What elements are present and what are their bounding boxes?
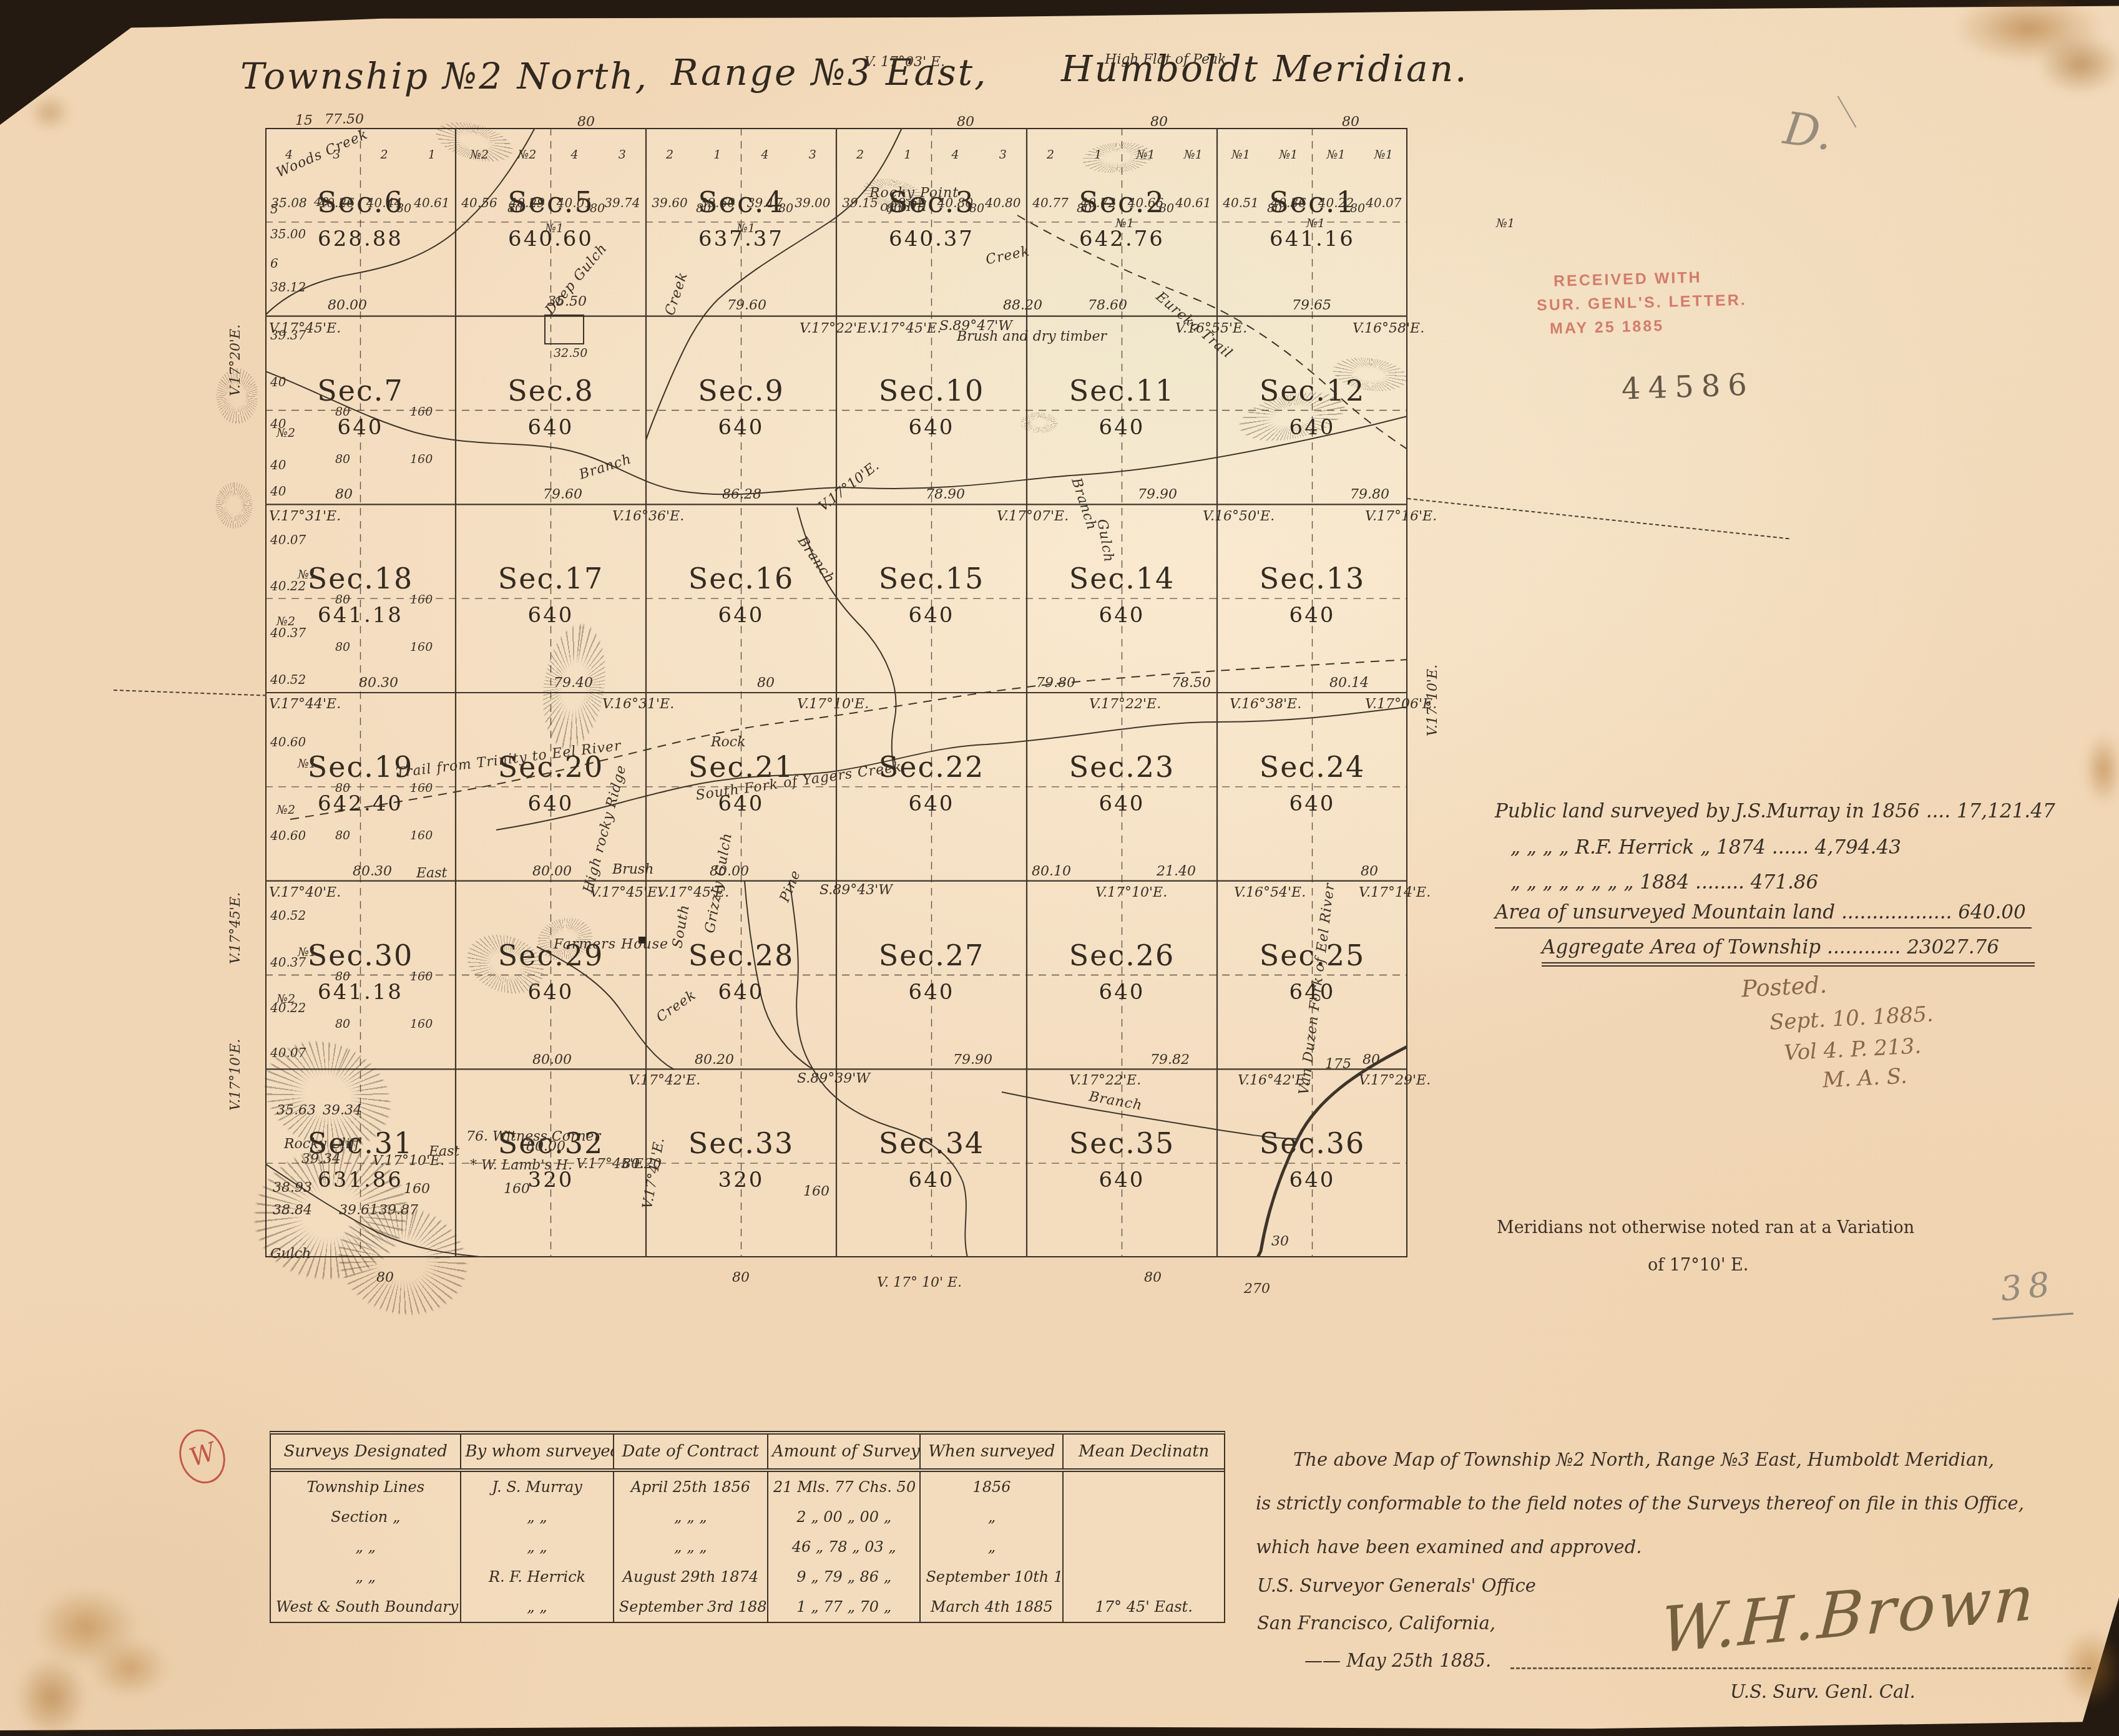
section-area: 640 — [1099, 980, 1145, 1005]
line-label: V.17°16'E. — [1365, 509, 1437, 524]
edge-label: 80 — [1150, 114, 1168, 130]
line-label: Brush and dry timber — [957, 329, 1107, 344]
section-cell-Sec.22: Sec.22640 — [836, 693, 1027, 881]
section-area: 640 — [909, 980, 955, 1005]
table-cell: Township Lines — [271, 1472, 461, 1502]
plat-map-sheet: Township №2 North, Range №3 East, Humbol… — [0, 0, 2119, 1736]
signature-title: U.S. Surv. Genl. Cal. — [1730, 1681, 1916, 1702]
quarter-number: 80 — [1350, 202, 1365, 215]
table-cell: J. S. Murray — [461, 1472, 614, 1502]
table-cell: 9 „ 79 „ 86 „ — [768, 1562, 921, 1592]
quarter-number: №1 — [298, 757, 316, 771]
line-label: V.17°44'E. — [269, 696, 341, 712]
certification-line4: U.S. Surveyor Generals' Office — [1257, 1575, 1536, 1596]
section-area: 640 — [528, 415, 574, 440]
acreage-number: 40.07 — [1360, 195, 1407, 210]
line-label: V.17°10'E. — [1095, 885, 1167, 900]
section-label: Sec.35 — [1069, 1126, 1175, 1160]
note-surveyed-1874: „ „ „ „ R.F. Herrick „ 1874 ...... 4,794… — [1510, 836, 1901, 859]
table-cell — [1064, 1472, 1224, 1502]
section-area: 642.40 — [318, 791, 403, 816]
quarter-number: 80 — [335, 640, 350, 654]
section-label: Sec.7 — [317, 374, 403, 407]
hachure-mountain — [1014, 409, 1064, 437]
lot-number: №1 — [1360, 148, 1407, 162]
backing-top-left-corner — [0, 0, 169, 125]
hachure-mountain — [209, 359, 265, 434]
section-area: 640 — [1099, 415, 1145, 440]
section-area: 640 — [1099, 1168, 1145, 1192]
acreage-number: 39.60 — [646, 195, 693, 210]
table-cell: „ „ — [461, 1532, 614, 1562]
line-label: V.17°06'E. — [1365, 696, 1437, 712]
line-label: V.17°42'E. — [629, 1073, 700, 1088]
line-label: East — [429, 1144, 459, 1159]
table-row: Township LinesJ. S. MurrayApril 25th 185… — [271, 1472, 1224, 1502]
quarter-number: 80 — [335, 452, 350, 466]
map-labels-layer: Sec.6628.88Sec.5640.60Sec.4637.37Sec.364… — [265, 128, 1407, 1257]
certification-line3: which have been examined and approved. — [1256, 1536, 1642, 1558]
pencil-check-mark — [1838, 95, 1857, 127]
trail-extension-west — [114, 690, 267, 696]
table-header-cell: Mean Declinatn — [1064, 1435, 1224, 1468]
section-area: 640 — [909, 415, 955, 440]
table-cell: April 25th 1856 — [614, 1472, 768, 1502]
section-label: Sec.24 — [1260, 750, 1366, 784]
section-cell-Sec.28: Sec.28640 — [646, 881, 836, 1070]
acreage-number: 39.00 — [789, 195, 836, 210]
stain-right-edge — [2085, 733, 2119, 805]
table-cell: 46 „ 78 „ 03 „ — [768, 1532, 921, 1562]
signature-line — [1510, 1667, 2091, 1669]
line-label: 79.82 — [1150, 1052, 1190, 1068]
received-stamp-line3: MAY 25 1885 — [1537, 312, 1748, 341]
table-cell: March 4th 1885 — [921, 1592, 1064, 1622]
left-edge-number: 40.07 — [270, 532, 306, 547]
section-cell-Sec.13: Sec.13640 — [1217, 504, 1407, 693]
line-label: V.17°22'E. — [800, 321, 871, 336]
line-label: 80 — [1363, 1052, 1380, 1068]
edge-label: High Flat of Peak — [1105, 52, 1226, 67]
quarter-number: 160 — [410, 405, 433, 419]
stain-bottom-left-3 — [16, 1657, 87, 1736]
lot-number: 4 — [741, 148, 789, 162]
table-cell: „ „ — [271, 1532, 461, 1562]
table-cell: „ — [921, 1502, 1064, 1532]
section-cell-Sec.33: Sec.33320 — [646, 1069, 836, 1257]
table-cell: „ — [921, 1532, 1064, 1562]
line-label: V.17°14'E. — [1359, 885, 1431, 900]
section-label: Sec.9 — [698, 374, 784, 407]
section-cell-Sec.15: Sec.15640 — [836, 504, 1027, 693]
line-label: 79.80 — [1350, 487, 1389, 502]
line-label: V.17°45'E. — [869, 321, 941, 336]
pencil-page-underline — [1992, 1312, 2073, 1320]
table-row: „ „„ „„ „ „46 „ 78 „ 03 „„ — [271, 1532, 1224, 1562]
quarter-number: 160 — [410, 829, 433, 842]
table-cell: Section „ — [271, 1502, 461, 1532]
table-cell: 21 Mls. 77 Chs. 50 Lks — [768, 1472, 921, 1502]
quarter-number: №1 — [298, 945, 316, 959]
edge-label: 80 — [577, 114, 595, 130]
quarter-number: 80 — [969, 202, 984, 215]
note-unsurveyed-land: Area of unsurveyed Mountain land .......… — [1495, 901, 2032, 929]
note-surveyed-1884: „ „ „ „ „ „ „ „ 1884 ........ 471.86 — [1510, 871, 1818, 894]
quarter-number: 40 — [314, 195, 329, 209]
table-header-cell: Surveys Designated — [271, 1435, 461, 1468]
table-header-cell: When surveyed — [921, 1435, 1064, 1468]
certification-line1: The above Map of Township №2 North, Rang… — [1293, 1449, 1994, 1470]
posted-note-line3: Vol 4. P. 213. — [1783, 1033, 1922, 1065]
posted-note-line1: Posted. — [1741, 971, 1828, 1002]
table-cell: 2 „ 00 „ 00 „ — [768, 1502, 921, 1532]
section-area: 628.88 — [318, 227, 403, 251]
line-label: 80.30 — [353, 864, 392, 879]
left-edge-number: 40 — [270, 484, 286, 499]
table-cell: „ „ „ — [614, 1502, 768, 1532]
section-area: 640 — [909, 791, 955, 816]
acreage-number: 40.61 — [408, 195, 456, 210]
line-label: 86.28 — [722, 487, 761, 502]
lot-number: №1 — [1217, 148, 1265, 162]
quarter-number: 80 — [335, 970, 350, 983]
line-label: 79.80 — [1036, 675, 1075, 691]
section-area: 642.76 — [1079, 227, 1165, 251]
line-label: V.16°38'E. — [1230, 696, 1301, 712]
line-label: V.17°22'E. — [1089, 696, 1161, 712]
stain-top-left — [28, 94, 72, 131]
section-cell-Sec.27: Sec.27640 — [836, 881, 1027, 1070]
quarter-number: 80 — [1077, 202, 1092, 215]
edge-label: 80 — [732, 1270, 750, 1285]
left-edge-number: 38.12 — [270, 280, 306, 295]
quarter-number: 80 — [1159, 202, 1174, 215]
lot-number: №1 — [1170, 148, 1217, 162]
quarter-number: 80 — [335, 593, 350, 607]
table-cell: 1856 — [921, 1472, 1064, 1502]
section-label: Sec.14 — [1069, 562, 1175, 595]
edge-label: V. 17°03' E. — [864, 54, 945, 70]
line-label: 79.60 — [543, 487, 582, 502]
table-header-row: Surveys DesignatedBy whom surveyedDate o… — [271, 1435, 1224, 1472]
line-label: 80.00 — [532, 1052, 572, 1068]
quarter-number: 80 — [778, 202, 793, 215]
table-cell — [1064, 1562, 1224, 1592]
section-cell-Sec.9: Sec.9640 — [646, 316, 836, 505]
table-cell: „ „ „ — [614, 1532, 768, 1562]
quarter-number: №1 — [737, 222, 755, 235]
edge-label: 270 — [1244, 1281, 1270, 1297]
table-cell: September 10th 1874 — [921, 1562, 1064, 1592]
line-label: 80 — [335, 487, 353, 502]
line-label: 79.90 — [1138, 487, 1177, 502]
table-header-cell: By whom surveyed — [461, 1435, 614, 1468]
quarter-number: 160 — [410, 640, 433, 654]
section-label: Sec.36 — [1260, 1126, 1366, 1160]
quarter-number: 160 — [410, 1017, 433, 1031]
pencil-letter-d: D. — [1781, 102, 1836, 160]
quarter-number: 80 — [696, 202, 711, 215]
acreage-number: 40.61 — [1170, 195, 1217, 210]
line-label: 80.20 — [695, 1052, 734, 1068]
pencil-page-number: 38 — [1999, 1264, 2058, 1309]
left-edge-number: 5 — [270, 202, 278, 217]
map-title-township: Township №2 North, — [240, 55, 648, 97]
table-cell: R. F. Herrick — [461, 1562, 614, 1592]
line-label: V.17°45'E. — [590, 885, 662, 900]
line-label: V.16°50'E. — [1203, 509, 1275, 524]
line-label: V.17°31'E. — [269, 509, 341, 524]
section-cell-Sec.34: Sec.34640 — [836, 1069, 1027, 1257]
section-label: Sec.17 — [498, 562, 604, 595]
quarter-number: №2 — [276, 992, 295, 1006]
left-edge-number: 40.60 — [270, 734, 306, 749]
posted-note-line4: M. A. S. — [1822, 1063, 1907, 1093]
section-cell-Sec.16: Sec.16640 — [646, 504, 836, 693]
quarter-number: 160 — [410, 970, 433, 983]
line-label: V.17°22'E. — [1069, 1073, 1141, 1088]
line-label: 88.20 — [1003, 298, 1042, 313]
section-label: Sec.23 — [1069, 750, 1175, 784]
line-label: V.16°58'E. — [1353, 321, 1424, 336]
edge-label: 30 — [1271, 1234, 1289, 1249]
quarter-number: №2 — [276, 426, 295, 440]
certification-line6: —— May 25th 1885. — [1304, 1650, 1491, 1671]
section-label: Sec.11 — [1069, 374, 1175, 407]
section-label: Sec.18 — [308, 562, 414, 595]
left-edge-number: 40.60 — [270, 828, 306, 843]
section-label: Sec.28 — [688, 939, 795, 972]
table-header-cell: Date of Contract — [614, 1435, 768, 1468]
quarter-number: №1 — [298, 568, 316, 582]
section-area: 640 — [718, 980, 765, 1005]
section-area: 641.18 — [318, 603, 403, 628]
quarter-number: 80 — [335, 405, 350, 419]
line-label: 80.00 — [328, 298, 367, 313]
edge-label: V.17°10'E. — [228, 1039, 243, 1111]
line-label: V.17°10'E. — [797, 696, 869, 712]
quarter-number: 80 — [507, 202, 522, 215]
section-label: Sec.33 — [688, 1126, 795, 1160]
section-area: 640 — [1290, 603, 1336, 628]
edge-label: 77.50 — [325, 112, 364, 127]
line-label: 78.50 — [1172, 675, 1211, 691]
section-area: 320 — [718, 1168, 765, 1192]
lot-number: 1 — [884, 148, 931, 162]
table-header-cell: Amount of Surveys — [768, 1435, 921, 1468]
section-cell-Sec.26: Sec.26640 — [1027, 881, 1217, 1070]
lot-number: 2 — [361, 148, 408, 162]
trail-extension-east — [1407, 498, 1789, 539]
table-cell: September 3rd 1883 — [614, 1592, 768, 1622]
table-cell — [1064, 1532, 1224, 1562]
lot-number: 4 — [551, 148, 599, 162]
left-edge-number: 40 — [270, 374, 286, 389]
edge-label: V.17°45'E. — [228, 892, 243, 964]
section-cell-Sec.8: Sec.8640 — [456, 316, 646, 505]
table-cell — [1064, 1502, 1224, 1532]
posted-note-line2: Sept. 10. 1885. — [1769, 1002, 1934, 1035]
line-label: 160 — [504, 1181, 530, 1197]
backing-bottom-strip — [0, 1720, 2119, 1736]
quarter-number: 80 — [335, 829, 350, 842]
township-map: Sec.6628.88Sec.5640.60Sec.4637.37Sec.364… — [265, 128, 1407, 1257]
stain-top-right-2 — [2038, 34, 2119, 94]
left-edge-number: 6 — [270, 256, 278, 271]
meridian-note-line2: of 17°10' E. — [1648, 1256, 1748, 1275]
line-label: V.17°40'E. — [269, 885, 341, 900]
acreage-number: 40.77 — [1027, 195, 1074, 210]
acreage-number: 39.74 — [599, 195, 646, 210]
section-label: Sec.26 — [1069, 939, 1175, 972]
section-area: 640.37 — [889, 227, 974, 251]
section-area: 640 — [1290, 791, 1336, 816]
left-edge-number: 40.52 — [270, 908, 306, 923]
received-stamp: RECEIVED WITH SUR. GENL'S. LETTER. MAY 2… — [1536, 265, 1748, 341]
line-label: Brush — [612, 862, 653, 877]
section-area: 640 — [1290, 1168, 1336, 1192]
table-cell: 1 „ 77 „ 70 „ — [768, 1592, 921, 1622]
section-label: Sec.13 — [1260, 562, 1366, 595]
red-monogram: W — [172, 1423, 232, 1490]
stain-bottom-left-2 — [91, 1638, 169, 1697]
line-label: V.17°07'E. — [997, 509, 1069, 524]
left-edge-number: 40 — [270, 457, 286, 472]
quarter-number: №1 — [1115, 217, 1134, 230]
quarter-number: 160 — [410, 781, 433, 795]
section-cell-Sec.23: Sec.23640 — [1027, 693, 1217, 881]
section-area: 641.16 — [1270, 227, 1355, 251]
section-area: 640 — [909, 603, 955, 628]
section-area: 640 — [1099, 791, 1145, 816]
edge-label: 15 — [295, 113, 313, 129]
acreage-number: 40.80 — [979, 195, 1027, 210]
edge-label: V. 17° 10' E. — [877, 1275, 962, 1290]
line-label: Rock — [711, 734, 745, 750]
edge-label: 80 — [1144, 1270, 1162, 1285]
section-area: 640 — [909, 1168, 955, 1192]
lot-number: 2 — [836, 148, 884, 162]
line-label: 80.14 — [1329, 675, 1369, 691]
acreage-number: 40.51 — [1217, 195, 1265, 210]
table-cell: „ „ — [461, 1592, 614, 1622]
section-cell-Sec.36: Sec.36640 — [1217, 1069, 1407, 1257]
quarter-number: №1 — [545, 222, 564, 235]
lot-number: 3 — [979, 148, 1027, 162]
note-surveyed-1856: Public land surveyed by J.S.Murray in 18… — [1495, 800, 2055, 822]
section-cell-Sec.24: Sec.24640 — [1217, 693, 1407, 881]
quarter-number: 160 — [410, 593, 433, 607]
line-label: S.89°43'W — [820, 882, 893, 898]
file-number-stamp: 44586 — [1621, 367, 1755, 406]
line-label: 160 — [803, 1184, 829, 1199]
section-label: Sec.34 — [879, 1126, 985, 1160]
section-cell-Sec.14: Sec.14640 — [1027, 504, 1217, 693]
lot-number: 3 — [789, 148, 836, 162]
quarter-number: 160 — [410, 452, 433, 466]
section-label: Sec.10 — [879, 374, 985, 407]
table-cell: August 29th 1874 — [614, 1562, 768, 1592]
section-area: 640 — [718, 415, 765, 440]
section-label: Sec.27 — [879, 939, 985, 972]
left-edge-number: 40.52 — [270, 672, 306, 687]
lot-number: 2 — [1027, 148, 1074, 162]
acreage-number: 40.56 — [456, 195, 503, 210]
section-area: 641.18 — [318, 980, 403, 1005]
line-label: 79.90 — [953, 1052, 992, 1068]
meridian-note-line1: Meridians not otherwise noted ran at a V… — [1497, 1218, 1914, 1237]
line-label: * W. Lamb's H. — [470, 1158, 572, 1173]
survey-table: Surveys DesignatedBy whom surveyedDate o… — [270, 1431, 1225, 1623]
section-area: 640 — [718, 603, 765, 628]
section-area: 640 — [1099, 603, 1145, 628]
line-label: 175 — [1325, 1056, 1351, 1072]
lot-number: 1 — [693, 148, 741, 162]
lot-number: №1 — [1313, 148, 1360, 162]
line-label: 80 — [757, 675, 775, 691]
line-label: East — [416, 866, 447, 881]
line-label: S.89°39'W — [797, 1071, 870, 1086]
line-label: V.16°36'E. — [612, 509, 684, 524]
table-cell: „ „ — [271, 1562, 461, 1592]
certification-line2: is strictly conformable to the field not… — [1256, 1493, 2024, 1514]
lot-number: №1 — [1265, 148, 1312, 162]
edge-label: 80 — [957, 114, 974, 130]
line-label: V.16°54'E. — [1234, 885, 1306, 900]
section-label: Sec.30 — [308, 939, 414, 972]
quarter-number: 80 — [396, 202, 411, 215]
lot-number: 4 — [932, 148, 979, 162]
table-cell: 17° 45' East. — [1064, 1592, 1224, 1622]
certification-line5: San Francisco, California, — [1257, 1612, 1495, 1634]
line-label: 78.60 — [1088, 298, 1127, 313]
surveyor-general-signature: W.H.Brown — [1659, 1561, 2038, 1667]
line-label: V.17°45'E. — [269, 321, 341, 336]
note-aggregate-area: Aggregate Area of Township ............ … — [1542, 936, 2035, 967]
line-label: 78.90 — [926, 487, 965, 502]
section-area: 640 — [528, 791, 574, 816]
table-row: „ „R. F. HerrickAugust 29th 18749 „ 79 „… — [271, 1562, 1224, 1592]
table-cell: West & South Boundary of Sec.31 — [271, 1592, 461, 1622]
line-label: 79.60 — [727, 298, 766, 313]
quarter-number: №1 — [1496, 217, 1515, 230]
line-label: 80.00 — [532, 864, 572, 879]
table-row: Section „„ „„ „ „2 „ 00 „ 00 „„ — [271, 1502, 1224, 1532]
backing-top-strip — [0, 0, 2119, 30]
quarter-number: 80 — [335, 781, 350, 795]
line-label: 80.10 — [1032, 864, 1071, 879]
lot-number: 2 — [646, 148, 693, 162]
line-label: 80.30 — [359, 675, 398, 691]
table-cell: „ „ — [461, 1502, 614, 1532]
line-label: V.17°29'E. — [1359, 1073, 1431, 1088]
line-label: 21.40 — [1157, 864, 1196, 879]
line-label: 79.65 — [1292, 298, 1331, 313]
quarter-number: 80 — [1267, 202, 1282, 215]
line-label: 80 — [1361, 864, 1378, 879]
quarter-number: №1 — [1306, 217, 1325, 230]
lot-number: 3 — [599, 148, 646, 162]
hachure-mountain — [209, 474, 259, 537]
section-label: Sec.16 — [688, 562, 795, 595]
red-monogram-letter: W — [186, 1437, 219, 1472]
quarter-number: 80 — [590, 202, 605, 215]
left-edge-number: 35.00 — [270, 227, 306, 241]
quarter-number: 32.50 — [554, 346, 587, 360]
line-label: 80.00 — [526, 1139, 565, 1154]
edge-label: 80 — [1342, 114, 1359, 130]
section-label: Sec.8 — [507, 374, 594, 407]
